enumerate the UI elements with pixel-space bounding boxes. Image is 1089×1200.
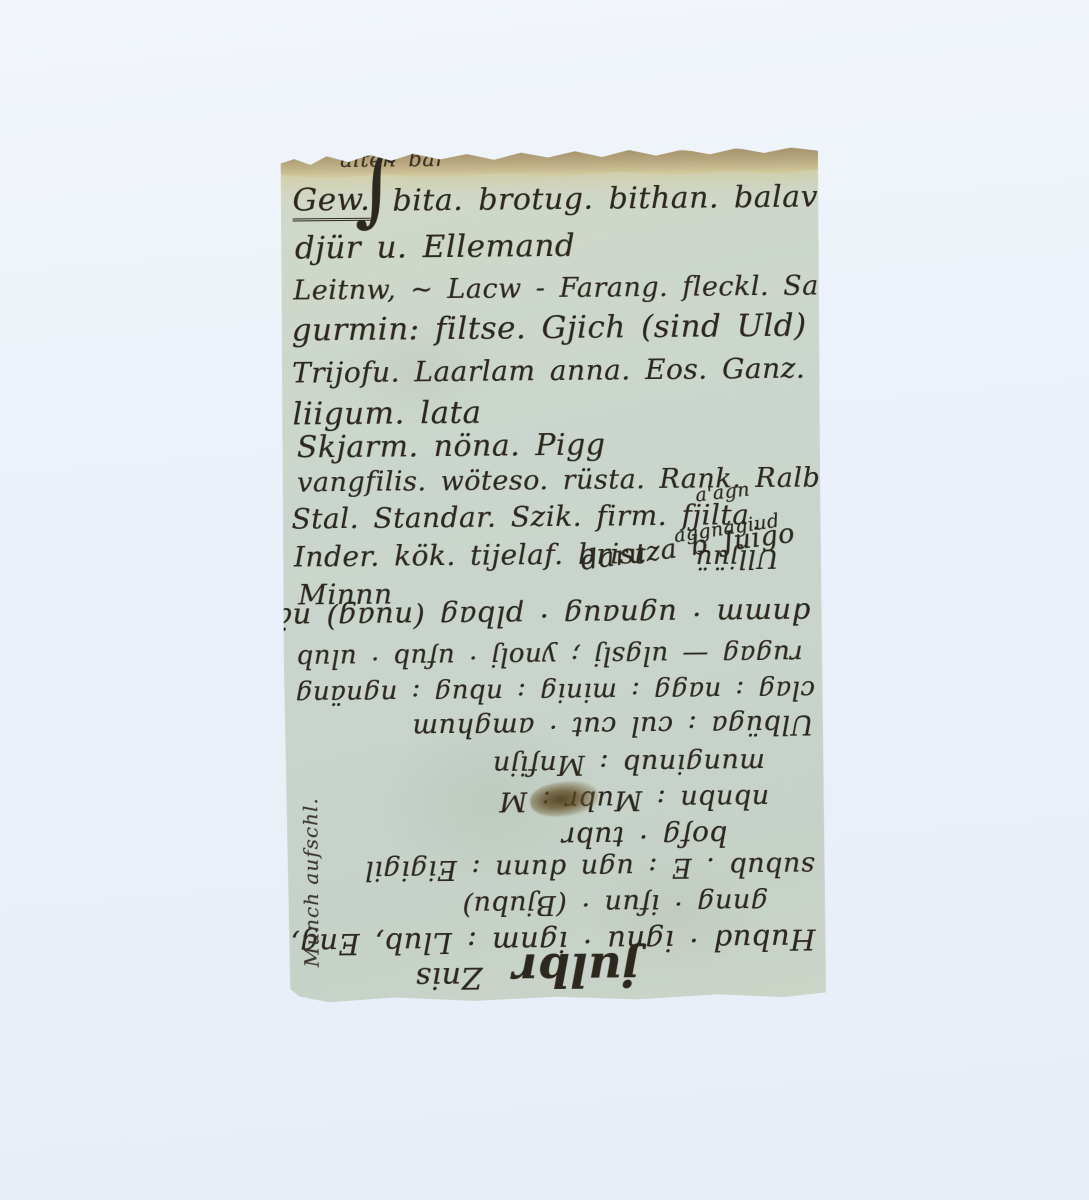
handwriting-inverted-line: clag : nagg : minig : nbug : ngnäng : nm… — [291, 676, 815, 707]
handwriting-inverted-line: Ulbüga : cul cut · amghum — [423, 710, 813, 741]
handwriting-line: vangfilis. wöteso. rüsta. Rank. Ralba — [297, 464, 837, 496]
handwriting-line: djür u. Ellemand — [295, 231, 576, 265]
handwriting-line: bita. brotug. bithan. balava — [392, 182, 836, 216]
handwriting-inverted-line: nbnbn : Mubr : M — [469, 785, 799, 815]
photo-background: alten bar Gew. ∫ bita. brotug. bithan. b… — [0, 0, 1089, 1200]
handwriting-line: Trijofu. Laarlam anna. Eos. Ganz. Enast — [292, 354, 903, 388]
handwriting-inverted-line: subub . E : ugn dunn : Eigigil — [395, 852, 815, 883]
handwriting-line: Skjarm. nöna. Pigg — [297, 430, 606, 463]
handwriting-inverted-line: rugag — ulgslj ; ynolj · ufub · ulub — [323, 641, 803, 672]
handwriting-line: Leitnw, ~ Lacw - Farang. fleckl. Sal pz.… — [293, 271, 961, 304]
handwriting-inverted-word-small: Znis — [404, 962, 494, 993]
handwriting-inverted-line: dnmm · ugnaug · plbag (nuag) näng — [294, 599, 810, 633]
handwriting-inverted-line: munginub : Mnfijn — [464, 749, 794, 779]
handwriting-inverted-word-large: julbr — [491, 946, 661, 994]
handwriting-line: liigum. lata — [292, 398, 481, 431]
margin-note-vertical: Münch aufschl. — [297, 717, 323, 967]
handwriting-inverted-word: Ulljüü — [682, 545, 792, 572]
handwriting-line: gurmin: filtse. Gjich (sind Uld) — [291, 311, 806, 347]
handwriting-inverted-line: gnng · ifun · (Bjubu) — [445, 889, 785, 919]
manuscript-paper: alten bar Gew. ∫ bita. brotug. bithan. b… — [278, 146, 826, 1003]
handwriting-inverted-line: bofg · tubr — [509, 821, 779, 852]
